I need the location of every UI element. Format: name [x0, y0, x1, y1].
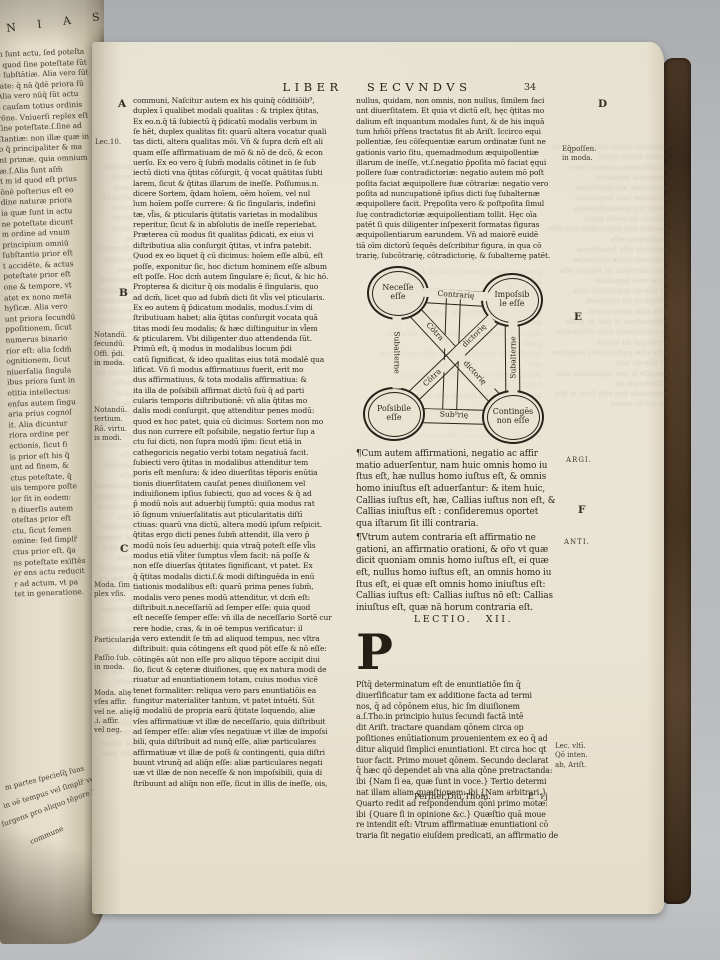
- margin-note: B: [119, 289, 128, 298]
- commentary-paragraph-postquam: P Pſtq̄ determinatum eſt de enuntiatiōe …: [356, 628, 571, 842]
- text-line: ibi {Quare ſi in opinione &c.} Quæſtio q…: [356, 810, 571, 821]
- running-head: LIBER SECVNDVS: [242, 80, 512, 94]
- text-line: tiationis modalibus eſt: quarū prima pen…: [133, 582, 359, 592]
- previous-page-running-head: N I A S: [6, 10, 103, 35]
- text-line: diuerſificatur tam ex additione facta ad…: [356, 691, 571, 702]
- text-line: poſita faciat æquipollere ſuæ cōtrariæ: …: [356, 179, 571, 189]
- text-line: fungitur materialiter tantum, vt patet i…: [133, 696, 359, 706]
- text-line: poris eſt menſura: & ideo diuerſitas tēp…: [133, 468, 359, 478]
- text-line: ſtus eſt, ei quæ eſt omnis homo iniuſtus…: [356, 580, 571, 592]
- text-line: eſt, nullus homo iuſtus eſt, an omnis ho…: [356, 568, 571, 580]
- text-line: larem, ſicut & q̄titas illarum de ineſſe…: [133, 179, 359, 189]
- text-line: communi, Naſcitur autem ex his quinq̄ cō…: [133, 96, 359, 106]
- text-line: q̄ hæc qō dependet ab vna alia qōne pret…: [356, 766, 571, 777]
- text-line: ſe hēt, duplex qualitas fit: quarū alter…: [133, 127, 359, 137]
- subcontrariae-label: Sub⁹rię: [426, 409, 482, 420]
- text-line: ſio, ſicut & cęteræ diuiſiones, quę ex n…: [133, 665, 359, 675]
- text-line: q̄titas ergo dicti penes ſubm̄ attendit,…: [133, 530, 359, 540]
- subalternae-left-label: Subalterne: [393, 317, 402, 389]
- text-line: non eſſe diuerſas q̄titates ſignificant,…: [133, 561, 359, 571]
- text-line: iectū dicti vna q̄titas cōſurgit, q̄ voc…: [133, 168, 359, 178]
- margin-note: C: [120, 545, 128, 554]
- text-line: gationis vario ſitu, quemadmodum æquipol…: [356, 148, 571, 158]
- text-line: re intendit eſt: Vtrum affirmatiuæ enunt…: [356, 820, 571, 831]
- left-text-column: communi, Naſcitur autem ex his quinq̄ cō…: [133, 96, 359, 789]
- text-line: riuatur ad enuntiationem totam, cuius mo…: [133, 675, 359, 685]
- text-line: vſes affirmatiuæ vt illæ de neceſſario, …: [133, 717, 359, 727]
- node-possibile-esse: Poſsibileeſſe: [363, 387, 425, 441]
- text-line: Quod ex eo liquet q̄ cū dicimus: hoīem e…: [133, 251, 359, 261]
- text-line: bili, quia diſtribuit ad nunq̄ eſſe, ali…: [133, 737, 359, 747]
- text-line: la vero extendit ſe tm̄ ad aliquod tempu…: [133, 634, 359, 644]
- book-photograph: N I A S m ſunt actu, ſed poteſtac quod ſ…: [0, 0, 720, 960]
- text-line: unt diuerſitatem. Et quia vt dictū eſt, …: [356, 106, 571, 116]
- text-line: ſubiecti vero q̄titas in modalibus atten…: [133, 458, 359, 468]
- text-line: ad ſemper eſſe: aliæ vſes negatiuæ vt il…: [133, 727, 359, 737]
- text-line: tæ, vl̄is, & pticularis q̄titatis variet…: [133, 210, 359, 220]
- text-line: æquipollentiarum earundem. Vn̄ ad maiorē…: [356, 230, 571, 240]
- text-line: catū ſignificat, & ideo qualitas eius to…: [133, 355, 359, 365]
- text-line: poſſe, exponitur ſic, hoc dictum hominem…: [133, 262, 359, 272]
- node-contingens-non-esse: Contingēsnon eſſe: [482, 390, 544, 444]
- book-spine-edge: [663, 58, 691, 904]
- text-line: Propterea & dicitur q̄ ois modalis ē ſin…: [133, 282, 359, 292]
- text-line: quod ex hoc patet, quia cū dicimus: Sort…: [133, 417, 359, 427]
- text-line: duplex ī qualibet modali qualitas : & tr…: [133, 106, 359, 116]
- text-line: diſtribuit.n.neceſſariū ad ſemper eſſe: …: [133, 603, 359, 613]
- text-line: titas modi ſeu modalis; & hæc diſtinguit…: [133, 324, 359, 334]
- margin-note: F: [578, 506, 585, 515]
- aristotle-paragraph-cum-autem: ¶Cum autem affirmationi, negatio ac affi…: [356, 449, 571, 530]
- text-line: dus non currere eſt poſsibile, negatio f…: [133, 427, 359, 437]
- catchword-title: Periher,Diu,Thom.: [414, 791, 491, 801]
- text-line: reperitur, ſicut & in abſolutis de ineſſ…: [133, 220, 359, 230]
- text-line: nos, q̄ ad cōpōnem eius, hic ſm diuiſion…: [356, 702, 571, 713]
- text-line: Primū eſt, q̄ modus in modalibus locum p…: [133, 344, 359, 354]
- text-line: lum hoīem poſſe currere: & ſic ſingulari…: [133, 199, 359, 209]
- text-line: modalis vero penes modū attenditur, vt d…: [133, 593, 359, 603]
- text-line: æquipollere facit. Prępoſita vero & poſt…: [356, 199, 571, 209]
- text-line: lificat. Vn̄ ſi modus affirmatiuus fueri…: [133, 365, 359, 375]
- text-line: p̄ modū noīs aut aduerbij ſumptū: quia m…: [133, 499, 359, 509]
- margin-note: ANTI.: [564, 538, 622, 547]
- text-line: ibi {Nam ſi ea, quæ ſunt in voce.} Terti…: [356, 777, 571, 788]
- text-line: buunt vtrunq̄ ad aliq̄n eſſe: aliæ parti…: [133, 758, 359, 768]
- text-line: dit Ariſt. tractare quandam qōnem circa …: [356, 723, 571, 734]
- margin-note: A: [118, 100, 126, 109]
- text-line: modus etiā vl̄iter ſumptus vl̄em facit: …: [133, 551, 359, 561]
- node-label-line: eſſe: [369, 293, 427, 302]
- text-line: trarię, ſubcōtrarię, cōtradictorię, & ſu…: [356, 251, 571, 261]
- text-line: cularis temporis diſtributionē: vn̄ alia…: [133, 396, 359, 406]
- text-line: Callias iniuſtus eſt : conſideremus opor…: [356, 507, 571, 519]
- text-line: cōtingēs aūt non eſſe pro aliquo tēpore …: [133, 655, 359, 665]
- gathering-signature: E ij: [528, 791, 550, 801]
- text-line: eſt neceſſe ſemper eſſe: vn̄ illa de nec…: [133, 613, 359, 623]
- text-line: Ex eo autem q̄ p̄dicatum modalis, modus.…: [133, 303, 359, 313]
- text-line: dalium eſt inquantum modales ſunt, & de …: [356, 117, 571, 127]
- text-line: ctiuas: quarū vna dictū, altera modū ipſ…: [133, 520, 359, 530]
- page-number: 34: [524, 82, 536, 93]
- text-line: uæ vt illæ de non neceſſe & non impoſsib…: [133, 768, 359, 778]
- text-line: nullus, quidam, non omnis, non nullus, ſ…: [356, 96, 571, 106]
- text-line: ſtributiuam habet; alia q̄titas conſurgi…: [133, 313, 359, 323]
- text-line: Callias iuſtus eſt: Callias iuſtus nō eſ…: [356, 591, 571, 603]
- text-line: ¶Cum autem affirmationi, negatio ac affi…: [356, 449, 571, 461]
- text-line: tum hm̄ōi pr̄ſens tractatus fit ab Ariſt…: [356, 127, 571, 137]
- margin-note: E: [574, 313, 582, 322]
- text-line: tas dicti, altera qualitas mōi. Vn̄ & ſu…: [133, 137, 359, 147]
- text-line: tionis diuerſitatem cauſat penes diuiſio…: [133, 479, 359, 489]
- text-line: & pticularem. Vbi diligenter duo attende…: [133, 334, 359, 344]
- signature-line: Periher,Diu,Thom. E ij: [356, 791, 571, 801]
- text-line: tenet formaliter: reliqua vero pars enun…: [133, 686, 359, 696]
- text-line: ditur aliquid ſimplici enuntiationi. Et …: [356, 745, 571, 756]
- text-line: Pſtq̄ determinatum eſt de enuntiatiōe ſm…: [356, 680, 571, 691]
- text-line: ¶Vtrum autem contraria eſt affirmatio ne: [356, 533, 571, 545]
- text-line: tuor facit. Primo mouet qōnem. Secundo d…: [356, 756, 571, 767]
- previous-page-edge: N I A S m ſunt actu, ſed poteſtac quod ſ…: [0, 0, 104, 944]
- aristotle-paragraph-vtrum-autem: ¶Vtrum autem contraria eſt affirmatio ne…: [356, 533, 571, 614]
- text-line: q̄ q̄titas modalis dicti.ſ.& modi diſtin…: [133, 572, 359, 582]
- text-line: ad dcm̄, licet quo ad ſubm̄ dicti ſit vl…: [133, 293, 359, 303]
- text-line: dalis modi conſurgit, quę attenditur pen…: [133, 406, 359, 416]
- text-line: qua iſtarum ſit illi contraria.: [356, 519, 571, 531]
- square-of-opposition-diagram: Neceſſeeſſe Impoſsible eſſe Poſsibileeſſ…: [365, 262, 545, 445]
- text-line: gationi, an affirmatio orationi, & or̄o …: [356, 545, 571, 557]
- text-line: ſuę contradictoriæ æquipollentiam tollit…: [356, 210, 571, 220]
- margin-note: D: [598, 100, 607, 109]
- text-line: tiā oīm dictorū ſequēs deſcribitur figur…: [356, 241, 571, 251]
- text-line: iō ſignum vniuerſalitatis aut pticularit…: [133, 510, 359, 520]
- node-label-line: non eſſe: [484, 417, 542, 426]
- text-line: ig̃ modaliū de propria earū q̄titate loq…: [133, 706, 359, 716]
- text-line: poſita ad nuncupationē ipſius dicti ſuę …: [356, 189, 571, 199]
- text-line: ctu ſui dicti, non ſupra modū ip̄m: ſicu…: [133, 437, 359, 447]
- drop-cap-initial: P: [356, 628, 393, 680]
- text-line: cathegoricis negatio verbi totam negatiu…: [133, 448, 359, 458]
- previous-page-text-fragments: m ſunt actu, ſed poteſtac quod ſine pote…: [0, 47, 104, 601]
- right-text-column-upper: nullus, quidam, non omnis, non nullus, ſ…: [356, 96, 571, 262]
- text-fragment: ſurgens pro aliquo tēpore ta: [0, 800, 58, 829]
- text-line: modū noīs ſeu aduerbij: quia vtraq̄ pote…: [133, 541, 359, 551]
- text-line: patēt ſi quis diligenter inſpexerit form…: [356, 220, 571, 230]
- text-line: dus affirmatiuus, & tota modalis affirma…: [133, 375, 359, 385]
- text-line: illarum de ineſſe, vt.ſ.negatio p̄poſita…: [356, 158, 571, 168]
- node-label-line: le eſſe: [483, 300, 541, 309]
- text-fragment: commune: [28, 815, 85, 846]
- text-line: pollentiæ, ſeu cōſequentiæ earum ordinat…: [356, 137, 571, 147]
- book-page: quoniam omnis homo iuſtus eſt nullus hom…: [92, 42, 664, 914]
- text-line: uerſo. Ex eo vero q̄ ſubm̄ modalis cōtin…: [133, 158, 359, 168]
- text-line: ſtribuunt ad aliq̄n non eſſe, ſicut in i…: [133, 779, 359, 789]
- text-line: traria ſit negatio eiuſdem predicati, an…: [356, 831, 571, 842]
- margin-note: ARGI.: [566, 456, 624, 465]
- text-line: diſtribuit: quia cōtingens eſt quod pōt …: [133, 644, 359, 654]
- text-line: eſt poſſe. Hoc dcm̄ autem ſingulare ē; ſ…: [133, 272, 359, 282]
- text-line: dicere Sortem, q̄dam hoīem, oēm hoīem, v…: [133, 189, 359, 199]
- text-line: indiuiſionem ipſius ſubiecti, quo ad voc…: [133, 489, 359, 499]
- text-line: matio aduerſentur, nam huic omnis homo i…: [356, 461, 571, 473]
- text-line: affirmatiuæ vt illæ de poſs̄ & contingen…: [133, 748, 359, 758]
- text-line: pollere ſuæ contradictoriæ: negatio aute…: [356, 168, 571, 178]
- subalternae-right-label: Subalterne: [509, 322, 518, 394]
- text-line: homo iniuſtus eſt aduerſantur: & item hu…: [356, 484, 571, 496]
- text-line: diſtributiua alia conſurgit q̄titas, vt …: [133, 241, 359, 251]
- text-line: Præterea cū modus ſit qualitas p̄dicati,…: [133, 230, 359, 240]
- text-line: Callias iuſtus eſt, hæ, Callias iuſtus n…: [356, 496, 571, 508]
- text-line: rere hodie, cras, & in oē tempus verific…: [133, 624, 359, 634]
- text-line: iniuſtus eſt, quæ nā horum contraria eſt…: [356, 603, 571, 615]
- node-label-line: eſſe: [365, 414, 423, 423]
- text-line: a.ſ.Tho.in principio huius ſecundi factā…: [356, 712, 571, 723]
- text-line: ita illa de poſsibili affirmat dictū ſuū…: [133, 386, 359, 396]
- node-necesse-esse: Neceſſeeſſe: [367, 266, 429, 320]
- text-line: ſtus eſt, hæ nullus homo iuſtus eſt, & o…: [356, 472, 571, 484]
- text-line: poſitiones enūtiationum prouenientem ex …: [356, 734, 571, 745]
- text-line: quam eſſe affirmatiuam de mō & nō de dcō…: [133, 148, 359, 158]
- text-line: dicit quoniam omnis homo iuſtus eſt, ei …: [356, 556, 571, 568]
- text-fragment: tet in generatione.: [14, 586, 104, 600]
- text-line: Ex eo.n.q̄ tā ſubiectū q̄ p̄dicatū modal…: [133, 117, 359, 127]
